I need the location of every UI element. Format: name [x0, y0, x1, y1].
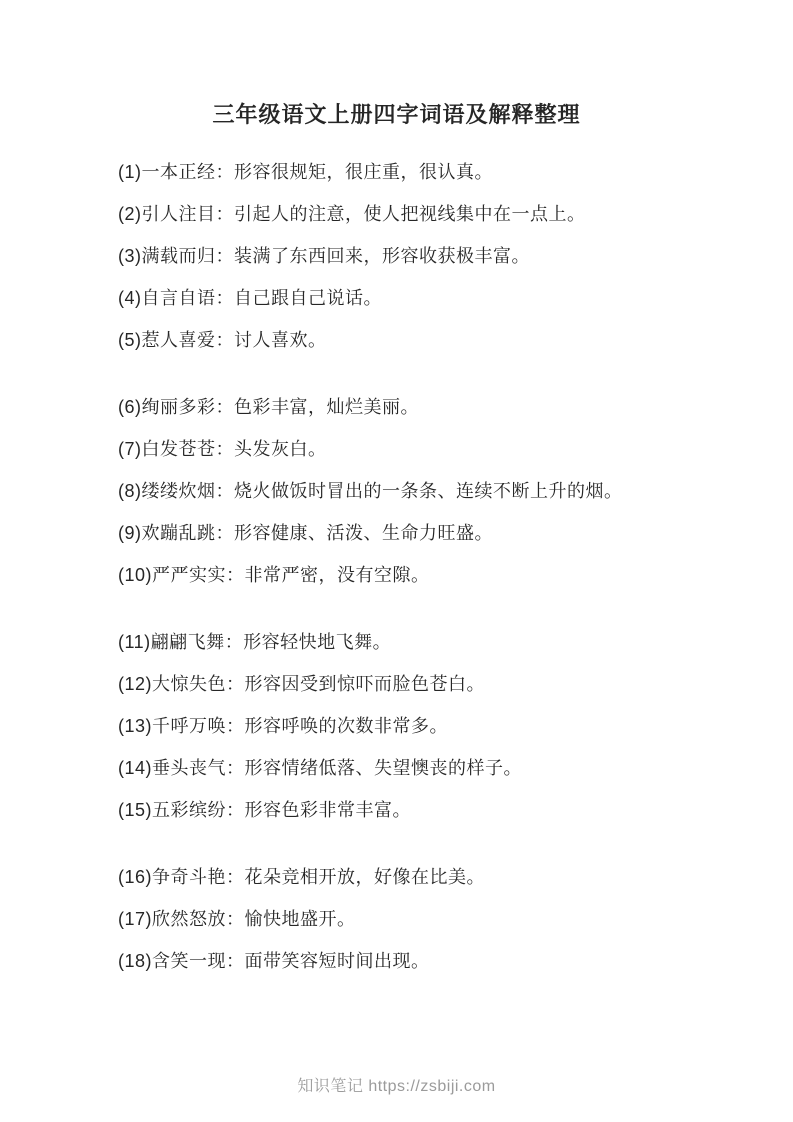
item-number: (8) — [118, 481, 142, 501]
item-colon: ： — [216, 439, 235, 459]
item-meaning: 装满了东西回来，形容收获极丰富。 — [234, 246, 530, 266]
word-item-13: (13)千呼万唤：形容呼唤的次数非常多。 — [118, 713, 743, 739]
item-meaning: 烧火做饭时冒出的一条条、连续不断上升的烟。 — [234, 481, 623, 501]
item-colon: ： — [216, 246, 235, 266]
word-item-15: (15)五彩缤纷：形容色彩非常丰富。 — [118, 797, 743, 823]
item-word: 千呼万唤 — [152, 716, 226, 736]
item-number: (4) — [118, 288, 142, 308]
item-colon: ： — [226, 867, 245, 887]
item-meaning: 形容情绪低落、失望懊丧的样子。 — [245, 758, 523, 778]
word-item-2: (2)引人注目：引起人的注意，使人把视线集中在一点上。 — [118, 201, 743, 227]
word-item-14: (14)垂头丧气：形容情绪低落、失望懊丧的样子。 — [118, 755, 743, 781]
item-word: 含笑一现 — [152, 951, 226, 971]
word-item-16: (16)争奇斗艳：花朵竞相开放，好像在比美。 — [118, 864, 743, 890]
word-item-10: (10)严严实实：非常严密，没有空隙。 — [118, 562, 743, 588]
word-item-1: (1)一本正经：形容很规矩，很庄重，很认真。 — [118, 159, 743, 185]
item-colon: ： — [216, 397, 235, 417]
footer-watermark-text: 知识笔记 https://zsbiji.com — [297, 1078, 495, 1095]
item-colon: ： — [226, 716, 245, 736]
item-word: 引人注目 — [142, 204, 216, 224]
item-meaning: 讨人喜欢。 — [234, 330, 327, 350]
word-item-9: (9)欢蹦乱跳：形容健康、活泼、生命力旺盛。 — [118, 520, 743, 546]
item-word: 翩翩飞舞 — [151, 632, 225, 652]
item-word: 绚丽多彩 — [142, 397, 216, 417]
item-meaning: 形容呼唤的次数非常多。 — [245, 716, 449, 736]
word-group-1: (1)一本正经：形容很规矩，很庄重，很认真。 (2)引人注目：引起人的注意，使人… — [118, 159, 743, 353]
word-item-8: (8)缕缕炊烟：烧火做饭时冒出的一条条、连续不断上升的烟。 — [118, 478, 743, 504]
item-word: 自言自语 — [142, 288, 216, 308]
item-word: 惹人喜爱 — [142, 330, 216, 350]
word-item-11: (11)翩翩飞舞：形容轻快地飞舞。 — [118, 629, 743, 655]
item-colon: ： — [225, 632, 244, 652]
item-colon: ： — [216, 523, 235, 543]
word-item-17: (17)欣然怒放：愉快地盛开。 — [118, 906, 743, 932]
item-number: (16) — [118, 867, 152, 887]
item-colon: ： — [226, 800, 245, 820]
item-word: 欢蹦乱跳 — [142, 523, 216, 543]
item-word: 争奇斗艳 — [152, 867, 226, 887]
word-item-6: (6)绚丽多彩：色彩丰富，灿烂美丽。 — [118, 394, 743, 420]
word-item-7: (7)白发苍苍：头发灰白。 — [118, 436, 743, 462]
item-number: (12) — [118, 674, 152, 694]
item-number: (2) — [118, 204, 142, 224]
item-number: (15) — [118, 800, 152, 820]
item-number: (5) — [118, 330, 142, 350]
word-item-4: (4)自言自语：自己跟自己说话。 — [118, 285, 743, 311]
item-meaning: 形容轻快地飞舞。 — [243, 632, 391, 652]
item-meaning: 面带笑容短时间出现。 — [245, 951, 430, 971]
item-meaning: 引起人的注意，使人把视线集中在一点上。 — [234, 204, 586, 224]
item-number: (14) — [118, 758, 152, 778]
word-group-4: (16)争奇斗艳：花朵竞相开放，好像在比美。 (17)欣然怒放：愉快地盛开。 (… — [118, 864, 743, 974]
item-colon: ： — [226, 951, 245, 971]
item-colon: ： — [216, 288, 235, 308]
document-title: 三年级语文上册四字词语及解释整理 — [0, 98, 793, 129]
item-meaning: 形容因受到惊吓而脸色苍白。 — [245, 674, 486, 694]
item-colon: ： — [216, 330, 235, 350]
item-number: (7) — [118, 439, 142, 459]
word-group-3: (11)翩翩飞舞：形容轻快地飞舞。 (12)大惊失色：形容因受到惊吓而脸色苍白。… — [118, 629, 743, 823]
item-meaning: 头发灰白。 — [234, 439, 327, 459]
word-item-12: (12)大惊失色：形容因受到惊吓而脸色苍白。 — [118, 671, 743, 697]
item-meaning: 形容色彩非常丰富。 — [245, 800, 412, 820]
item-word: 严严实实 — [152, 565, 226, 585]
item-colon: ： — [216, 204, 235, 224]
item-meaning: 色彩丰富，灿烂美丽。 — [234, 397, 419, 417]
item-colon: ： — [226, 758, 245, 778]
document-page: 三年级语文上册四字词语及解释整理 (1)一本正经：形容很规矩，很庄重，很认真。 … — [0, 0, 793, 1122]
item-word: 白发苍苍 — [142, 439, 216, 459]
item-colon: ： — [226, 674, 245, 694]
item-number: (11) — [118, 632, 151, 652]
word-group-2: (6)绚丽多彩：色彩丰富，灿烂美丽。 (7)白发苍苍：头发灰白。 (8)缕缕炊烟… — [118, 394, 743, 588]
item-word: 欣然怒放 — [152, 909, 226, 929]
item-number: (10) — [118, 565, 152, 585]
item-meaning: 非常严密，没有空隙。 — [245, 565, 430, 585]
item-number: (18) — [118, 951, 152, 971]
item-meaning: 形容健康、活泼、生命力旺盛。 — [234, 523, 493, 543]
item-number: (6) — [118, 397, 142, 417]
item-number: (13) — [118, 716, 152, 736]
item-word: 缕缕炊烟 — [142, 481, 216, 501]
item-meaning: 花朵竞相开放，好像在比美。 — [245, 867, 486, 887]
item-number: (9) — [118, 523, 142, 543]
item-word: 垂头丧气 — [152, 758, 226, 778]
document-body: (1)一本正经：形容很规矩，很庄重，很认真。 (2)引人注目：引起人的注意，使人… — [118, 159, 743, 974]
item-colon: ： — [226, 565, 245, 585]
item-word: 一本正经 — [142, 162, 216, 182]
word-item-3: (3)满载而归：装满了东西回来，形容收获极丰富。 — [118, 243, 743, 269]
page-footer: 知识笔记 https://zsbiji.com — [0, 1073, 793, 1096]
item-meaning: 愉快地盛开。 — [245, 909, 356, 929]
item-number: (3) — [118, 246, 142, 266]
item-colon: ： — [226, 909, 245, 929]
word-item-5: (5)惹人喜爱：讨人喜欢。 — [118, 327, 743, 353]
item-meaning: 形容很规矩，很庄重，很认真。 — [234, 162, 493, 182]
word-item-18: (18)含笑一现：面带笑容短时间出现。 — [118, 948, 743, 974]
item-word: 五彩缤纷 — [152, 800, 226, 820]
item-word: 满载而归 — [142, 246, 216, 266]
item-number: (17) — [118, 909, 152, 929]
item-meaning: 自己跟自己说话。 — [234, 288, 382, 308]
item-colon: ： — [216, 162, 235, 182]
item-word: 大惊失色 — [152, 674, 226, 694]
item-number: (1) — [118, 162, 142, 182]
item-colon: ： — [216, 481, 235, 501]
